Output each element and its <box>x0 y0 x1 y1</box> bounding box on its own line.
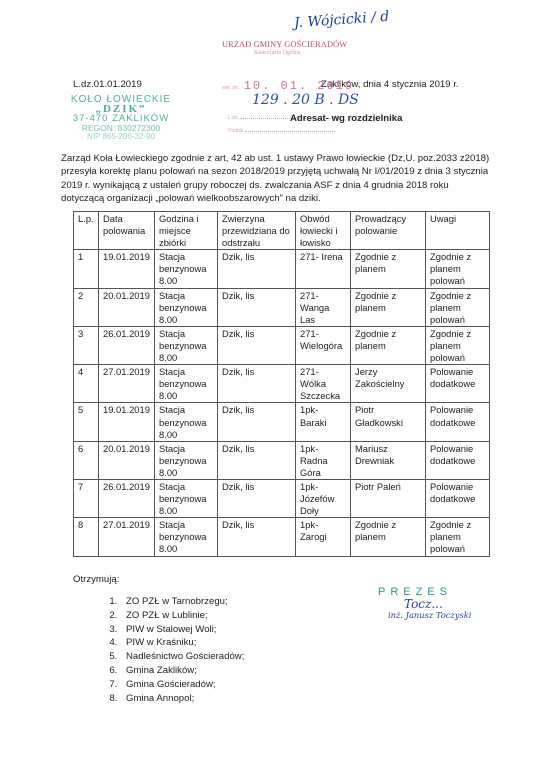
table-row: 119.01.2019Stacja benzynowa 8.00Dzik, li… <box>74 250 490 288</box>
cell-notes: Polowanie dodatkowe <box>426 365 490 403</box>
cell-district: 1pk- Radna Góra <box>296 441 351 479</box>
table-row: 427.01.2019Stacja benzynowa 8.00Dzik, li… <box>74 365 490 403</box>
cell-game: Dzik, lis <box>218 441 296 479</box>
cell-meeting: Stacja benzynowa 8.00 <box>155 479 218 517</box>
cell-leader: Piotr Paleń <box>351 479 426 517</box>
table-row: 726.01.2019Stacja benzynowa 8.00Dzik, li… <box>74 479 490 517</box>
cell-game: Dzik, lis <box>218 518 296 556</box>
cell-lp: 2 <box>74 288 99 326</box>
registry-number-handwritten: 129 . 20 B . DS <box>252 92 359 108</box>
president-signature: PREZES Tocz... inż. Janusz Toczyski <box>378 586 498 620</box>
handwritten-signature-top: J. Wójcicki / d <box>294 9 390 32</box>
addressee: Adresat- wg rozdzielnika <box>290 113 402 125</box>
cell-notes: Zgodnie z planem polowań <box>426 518 490 556</box>
recipient-item: ZO PZŁ w Tarnobrzegu; <box>120 595 244 609</box>
cell-lp: 8 <box>74 518 99 556</box>
club-stamp-line5: NIP 865-206-32-90 <box>61 133 181 141</box>
cell-date: 20.01.2019 <box>99 288 155 326</box>
office-stamp-name: URZAD GMINY GOŚCIERADÓW <box>222 40 372 49</box>
col-notes: Uwagi <box>426 212 490 250</box>
cell-district: 271- Wielogóra <box>296 326 351 364</box>
received-label: wpł. dn. <box>222 85 239 91</box>
cell-date: 27.01.2019 <box>99 518 155 556</box>
office-stamp: URZAD GMINY GOŚCIERADÓW Kancelaria Ogóln… <box>222 40 372 56</box>
cell-game: Dzik, lis <box>218 250 296 288</box>
cell-meeting: Stacja benzynowa 8.00 <box>155 365 218 403</box>
recipients-title: Otrzymują: <box>73 574 119 585</box>
table-row: 326.01.2019Stacja benzynowa 8.00Dzik, li… <box>74 326 490 364</box>
cell-district: 1pk- Baraki <box>296 403 351 441</box>
cell-meeting: Stacja benzynowa 8.00 <box>155 326 218 364</box>
cell-leader: Zgodnie z planem <box>351 288 426 326</box>
cell-leader: Jerzy Zakościelny <box>351 365 426 403</box>
col-date: Data polowania <box>99 212 155 250</box>
table-row: 827.01.2019Stacja benzynowa 8.00Dzik, li… <box>74 518 490 556</box>
cell-meeting: Stacja benzynowa 8.00 <box>155 288 218 326</box>
cell-leader: Zgodnie z planem <box>351 326 426 364</box>
cell-meeting: Stacja benzynowa 8.00 <box>155 250 218 288</box>
cell-meeting: Stacja benzynowa 8.00 <box>155 403 218 441</box>
table-header-row: L.p. Data polowania Godzina i miejsce zb… <box>74 212 490 250</box>
cell-game: Dzik, lis <box>218 288 296 326</box>
recipient-item: PIW w Stalowej Woli; <box>120 623 244 637</box>
col-meeting: Godzina i miejsce zbiórki <box>155 212 218 250</box>
recipient-item: Gmina Annopol; <box>120 692 244 706</box>
reference-number: L.dz.01.01.2019 <box>73 79 142 91</box>
intro-paragraph: Zarząd Koła Łowieckiego zgodnie z art, 4… <box>61 152 491 206</box>
cell-date: 19.01.2019 <box>99 250 155 288</box>
cell-date: 27.01.2019 <box>99 365 155 403</box>
recipient-item: PIW w Kraśniku; <box>120 636 244 650</box>
ldz-label: L.dz. <box>228 115 239 121</box>
cell-district: 1pk- Józefów Doły <box>296 479 351 517</box>
hunting-plan-table: L.p. Data polowania Godzina i miejsce zb… <box>73 211 490 557</box>
cell-district: 271- Wanga Las <box>296 288 351 326</box>
recipient-item: ZO PZŁ w Lublinie; <box>120 609 244 623</box>
dotted-line <box>245 125 335 132</box>
recipient-item: Gmina Gościeradów; <box>120 678 244 692</box>
cell-lp: 3 <box>74 326 99 364</box>
table-row: 620.01.2019Stacja benzynowa 8.00Dzik, li… <box>74 441 490 479</box>
cell-notes: Polowanie dodatkowe <box>426 403 490 441</box>
cell-lp: 1 <box>74 250 99 288</box>
cell-lp: 6 <box>74 441 99 479</box>
cell-meeting: Stacja benzynowa 8.00 <box>155 441 218 479</box>
cell-leader: Zgodnie z planem <box>351 518 426 556</box>
cell-lp: 4 <box>74 365 99 403</box>
office-stamp-sub: Kancelaria Ogólna <box>222 50 372 56</box>
recipient-item: Nadleśnictwo Gościeradów; <box>120 650 244 664</box>
cell-game: Dzik, lis <box>218 365 296 403</box>
cell-notes: Polowanie dodatkowe <box>426 479 490 517</box>
signature-handwritten: Tocz... <box>378 598 498 610</box>
cell-leader: Zgodnie z planem <box>351 250 426 288</box>
recipient-item: Gmina Zaklików; <box>120 664 244 678</box>
cell-district: 271- Irena <box>296 250 351 288</box>
recipients-list: ZO PZŁ w Tarnobrzegu;ZO PZŁ w Lublinie;P… <box>90 595 244 705</box>
cell-lp: 5 <box>74 403 99 441</box>
cell-district: 1pk- Zarogi <box>296 518 351 556</box>
cell-game: Dzik, lis <box>218 403 296 441</box>
cell-date: 20.01.2019 <box>99 441 155 479</box>
cell-game: Dzik, lis <box>218 326 296 364</box>
cell-meeting: Stacja benzynowa 8.00 <box>155 518 218 556</box>
cell-date: 26.01.2019 <box>99 479 155 517</box>
cell-notes: Zgodnie z planem polowań <box>426 250 490 288</box>
cell-lp: 7 <box>74 479 99 517</box>
signature-name: inż. Janusz Toczyski <box>378 610 498 620</box>
cell-leader: Mariusz Drewniak <box>351 441 426 479</box>
cell-date: 19.01.2019 <box>99 403 155 441</box>
cell-date: 26.01.2019 <box>99 326 155 364</box>
table-row: 519.01.2019Stacja benzynowa 8.00Dzik, li… <box>74 403 490 441</box>
cell-district: 271- Wólka Szczecka <box>296 365 351 403</box>
table-row: 220.01.2019Stacja benzynowa 8.00Dzik, li… <box>74 288 490 326</box>
col-district: Obwód łowiecki i łowisko <box>296 212 351 250</box>
club-stamp: KOŁO ŁOWIECKIE „DZIK” 37-470 ZAKLIKÓW RE… <box>61 94 181 141</box>
cell-notes: Polowanie dodatkowe <box>426 441 490 479</box>
cell-leader: Piotr Gładkowski <box>351 403 426 441</box>
podpis-label: Podpis <box>228 128 243 134</box>
received-date: 10. 01. 2019 <box>244 79 354 93</box>
cell-notes: Zgodnie z planem polowań <box>426 326 490 364</box>
col-leader: Prowadzący polowanie <box>351 212 426 250</box>
col-lp: L.p. <box>74 212 99 250</box>
cell-notes: Zgodnie z planem polowań <box>426 288 490 326</box>
col-game: Zwierzyna przewidziana do odstrzału <box>218 212 296 250</box>
cell-game: Dzik, lis <box>218 479 296 517</box>
